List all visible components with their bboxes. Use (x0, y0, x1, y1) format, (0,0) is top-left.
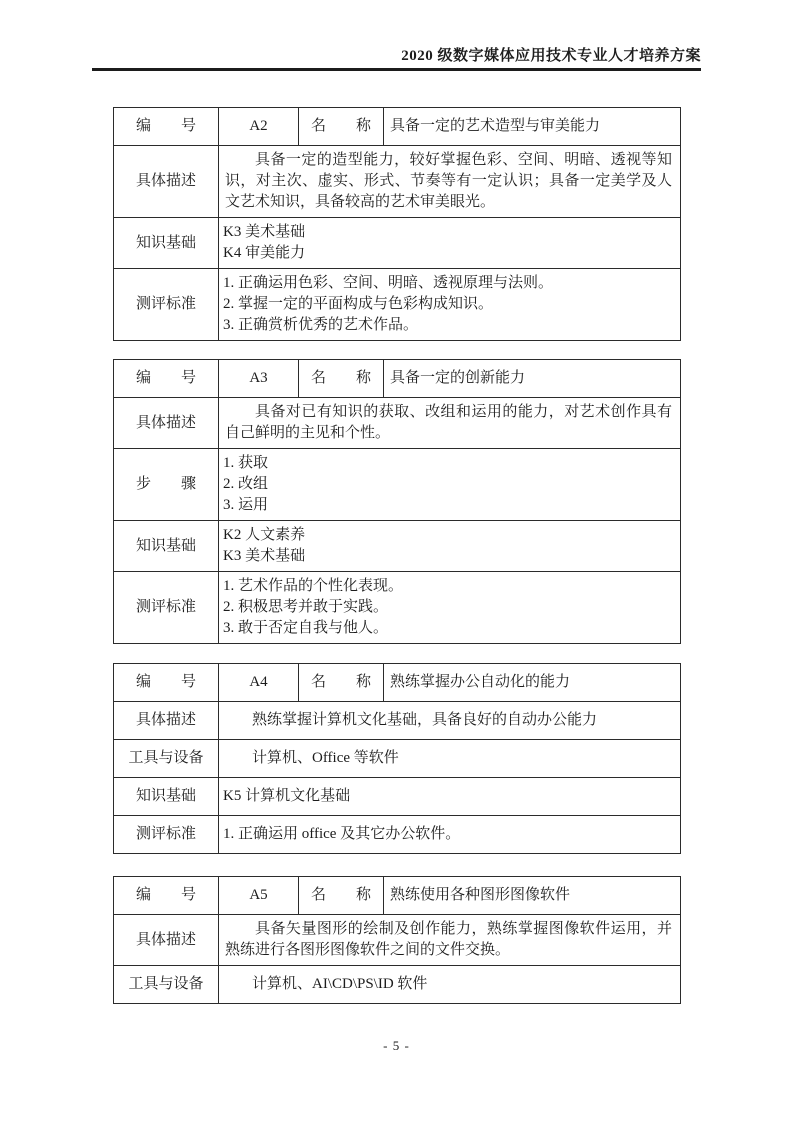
list-line: 3. 运用 (223, 495, 674, 516)
table-row-knowledge: 知识基础 K3 美术基础 K4 审美能力 (114, 218, 681, 269)
steps-label-cell: 步 骤 (114, 449, 219, 521)
table-row-header: 编 号 A5 名 称 熟练使用各种图形图像软件 (114, 877, 681, 915)
table-row-description: 具体描述 熟练掌握计算机文化基础，具备良好的自动办公能力 (114, 702, 681, 740)
list-line: K5 计算机文化基础 (223, 786, 674, 807)
criteria-label-cell: 测评标准 (114, 816, 219, 854)
name-label-cell: 名 称 (299, 664, 384, 702)
code-value-cell: A5 (219, 877, 299, 915)
table-row-description: 具体描述 具备对已有知识的获取、改组和运用的能力，对艺术创作具有自己鲜明的主见和… (114, 398, 681, 449)
list-line: 1. 获取 (223, 453, 674, 474)
table-row-criteria: 测评标准 1. 艺术作品的个性化表现。 2. 积极思考并敢于实践。 3. 敢于否… (114, 572, 681, 644)
list-line: 1. 正确运用色彩、空间、明暗、透视原理与法则。 (223, 273, 674, 294)
description-label-cell: 具体描述 (114, 146, 219, 218)
table-row-header: 编 号 A3 名 称 具备一定的创新能力 (114, 360, 681, 398)
table-row-header: 编 号 A2 名 称 具备一定的艺术造型与审美能力 (114, 108, 681, 146)
list-line: 2. 掌握一定的平面构成与色彩构成知识。 (223, 294, 674, 315)
code-label-cell: 编 号 (114, 360, 219, 398)
description-value-cell: 具备矢量图形的绘制及创作能力，熟练掌握图像软件运用，并熟练进行各图形图像软件之间… (219, 915, 681, 966)
list-line: 3. 正确赏析优秀的艺术作品。 (223, 315, 674, 336)
name-value-cell: 具备一定的创新能力 (384, 360, 681, 398)
name-value-cell: 具备一定的艺术造型与审美能力 (384, 108, 681, 146)
description-value-cell: 熟练掌握计算机文化基础，具备良好的自动办公能力 (219, 702, 681, 740)
tools-label-cell: 工具与设备 (114, 740, 219, 778)
table-row-criteria: 测评标准 1. 正确运用 office 及其它办公软件。 (114, 816, 681, 854)
document-header-title: 2020 级数字媒体应用技术专业人才培养方案 (401, 44, 701, 65)
code-value-cell: A3 (219, 360, 299, 398)
list-line: K3 美术基础 (223, 546, 674, 567)
list-line: 3. 敢于否定自我与他人。 (223, 618, 674, 639)
table-row-description: 具体描述 具备一定的造型能力，较好掌握色彩、空间、明暗、透视等知识，对主次、虚实… (114, 146, 681, 218)
competency-table-a3: 编 号 A3 名 称 具备一定的创新能力 具体描述 具备对已有知识的获取、改组和… (113, 359, 681, 644)
tools-value-cell: 计算机、Office 等软件 (219, 740, 681, 778)
table-row-criteria: 测评标准 1. 正确运用色彩、空间、明暗、透视原理与法则。 2. 掌握一定的平面… (114, 269, 681, 341)
page-number: - 5 - (0, 1038, 793, 1054)
table-row-description: 具体描述 具备矢量图形的绘制及创作能力，熟练掌握图像软件运用，并熟练进行各图形图… (114, 915, 681, 966)
description-value-cell: 具备对已有知识的获取、改组和运用的能力，对艺术创作具有自己鲜明的主见和个性。 (219, 398, 681, 449)
description-label-cell: 具体描述 (114, 915, 219, 966)
steps-value-cell: 1. 获取 2. 改组 3. 运用 (219, 449, 681, 521)
competency-table-a2: 编 号 A2 名 称 具备一定的艺术造型与审美能力 具体描述 具备一定的造型能力… (113, 107, 681, 341)
list-line: K4 审美能力 (223, 243, 674, 264)
knowledge-label-cell: 知识基础 (114, 778, 219, 816)
list-line: K3 美术基础 (223, 222, 674, 243)
list-line: 1. 正确运用 office 及其它办公软件。 (223, 824, 674, 845)
criteria-value-cell: 1. 艺术作品的个性化表现。 2. 积极思考并敢于实践。 3. 敢于否定自我与他… (219, 572, 681, 644)
competency-table-a5: 编 号 A5 名 称 熟练使用各种图形图像软件 具体描述 具备矢量图形的绘制及创… (113, 876, 681, 1004)
table-row-tools: 工具与设备 计算机、Office 等软件 (114, 740, 681, 778)
criteria-value-cell: 1. 正确运用色彩、空间、明暗、透视原理与法则。 2. 掌握一定的平面构成与色彩… (219, 269, 681, 341)
table-row-tools: 工具与设备 计算机、AI\CD\PS\ID 软件 (114, 966, 681, 1004)
code-label-cell: 编 号 (114, 664, 219, 702)
table-row-steps: 步 骤 1. 获取 2. 改组 3. 运用 (114, 449, 681, 521)
criteria-value-cell: 1. 正确运用 office 及其它办公软件。 (219, 816, 681, 854)
name-value-cell: 熟练使用各种图形图像软件 (384, 877, 681, 915)
code-value-cell: A4 (219, 664, 299, 702)
table-row-knowledge: 知识基础 K5 计算机文化基础 (114, 778, 681, 816)
description-value-cell: 具备一定的造型能力，较好掌握色彩、空间、明暗、透视等知识，对主次、虚实、形式、节… (219, 146, 681, 218)
code-label-cell: 编 号 (114, 877, 219, 915)
code-label-cell: 编 号 (114, 108, 219, 146)
knowledge-value-cell: K2 人文素养 K3 美术基础 (219, 521, 681, 572)
knowledge-label-cell: 知识基础 (114, 521, 219, 572)
list-line: 2. 积极思考并敢于实践。 (223, 597, 674, 618)
list-line: K2 人文素养 (223, 525, 674, 546)
knowledge-value-cell: K3 美术基础 K4 审美能力 (219, 218, 681, 269)
name-label-cell: 名 称 (299, 360, 384, 398)
page-content: 编 号 A2 名 称 具备一定的艺术造型与审美能力 具体描述 具备一定的造型能力… (113, 107, 681, 1004)
competency-table-a4: 编 号 A4 名 称 熟练掌握办公自动化的能力 具体描述 熟练掌握计算机文化基础… (113, 663, 681, 854)
name-label-cell: 名 称 (299, 108, 384, 146)
knowledge-label-cell: 知识基础 (114, 218, 219, 269)
code-value-cell: A2 (219, 108, 299, 146)
tools-label-cell: 工具与设备 (114, 966, 219, 1004)
description-label-cell: 具体描述 (114, 702, 219, 740)
description-label-cell: 具体描述 (114, 398, 219, 449)
tools-value-cell: 计算机、AI\CD\PS\ID 软件 (219, 966, 681, 1004)
list-line: 1. 艺术作品的个性化表现。 (223, 576, 674, 597)
knowledge-value-cell: K5 计算机文化基础 (219, 778, 681, 816)
name-label-cell: 名 称 (299, 877, 384, 915)
table-row-knowledge: 知识基础 K2 人文素养 K3 美术基础 (114, 521, 681, 572)
header-divider-rule (92, 68, 701, 71)
table-row-header: 编 号 A4 名 称 熟练掌握办公自动化的能力 (114, 664, 681, 702)
list-line: 2. 改组 (223, 474, 674, 495)
name-value-cell: 熟练掌握办公自动化的能力 (384, 664, 681, 702)
criteria-label-cell: 测评标准 (114, 572, 219, 644)
criteria-label-cell: 测评标准 (114, 269, 219, 341)
